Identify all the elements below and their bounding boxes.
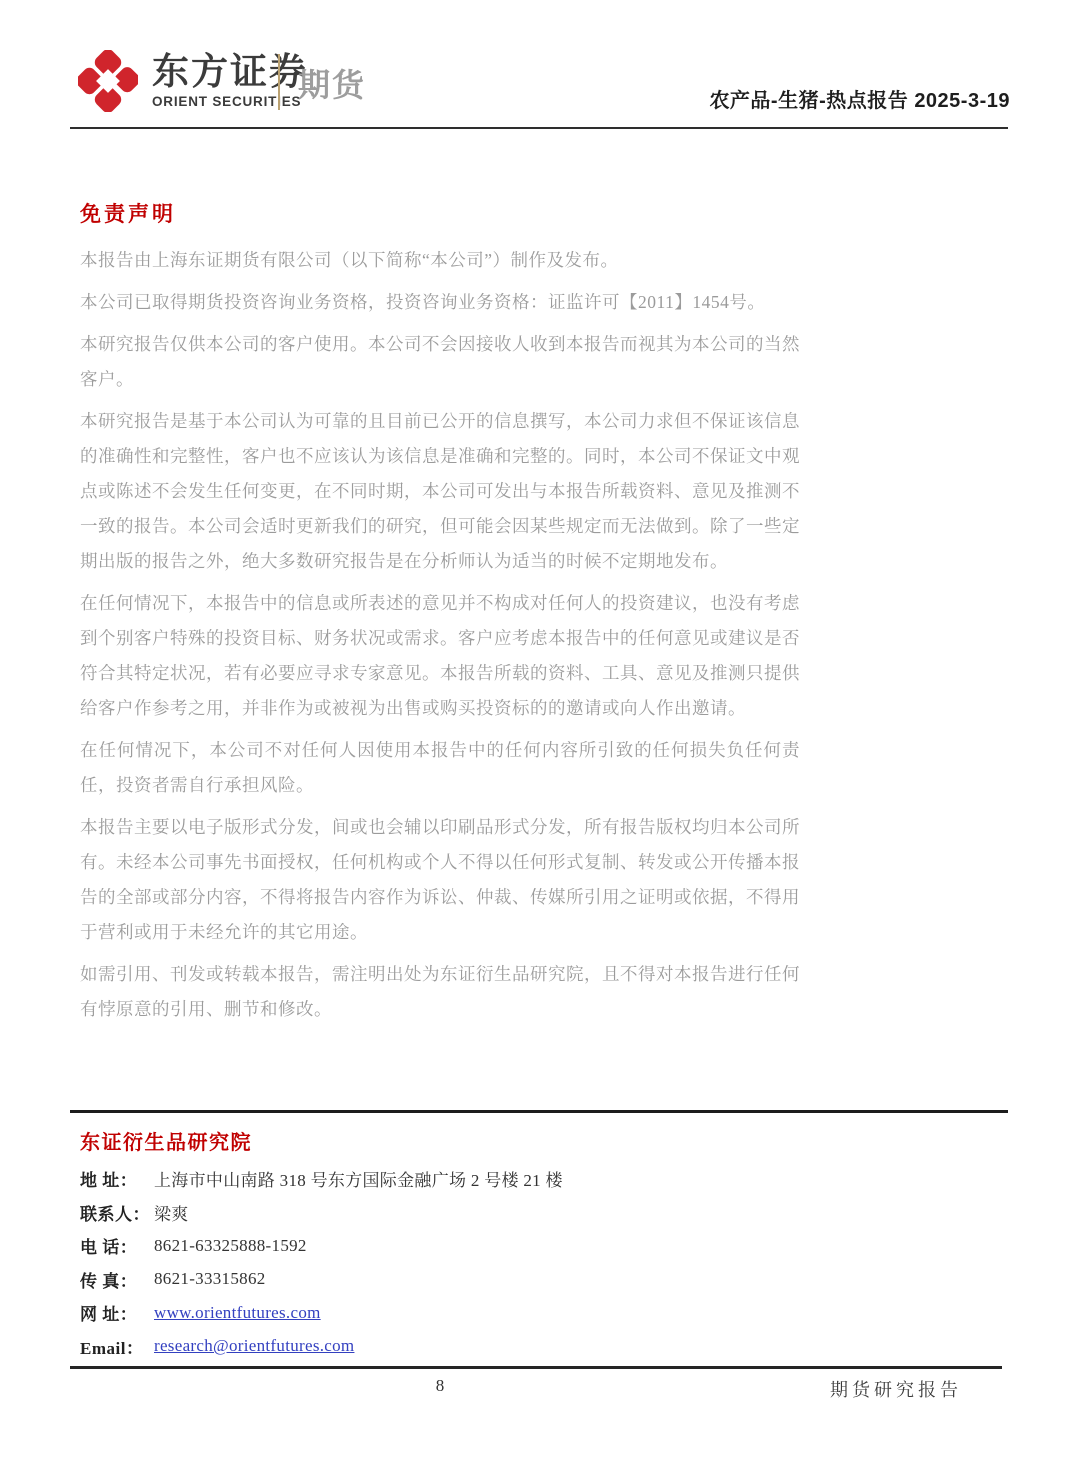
header-rule <box>70 127 1008 129</box>
contact-label: 网 址： <box>80 1300 154 1325</box>
brand-name-en: ORIENT SECURITIES <box>152 94 308 109</box>
contact-row: 传 真：8621-33315862 <box>80 1263 800 1297</box>
contact-label: 传 真： <box>80 1267 154 1292</box>
contact-label: 地 址： <box>80 1166 154 1191</box>
contact-rows: 地 址：上海市中山南路 318 号东方国际金融广场 2 号楼 21 楼联系人：梁… <box>80 1162 800 1363</box>
institute-rule <box>70 1110 1008 1113</box>
report-title-date: 农产品-生猪-热点报告 2025-3-19 <box>709 84 1010 113</box>
brand-block: 东方证券 ORIENT SECURITIES <box>78 50 308 112</box>
disclaimer-paragraph: 本报告主要以电子版形式分发，间或也会辅以印刷品形式分发，所有报告版权均归本公司所… <box>80 810 800 950</box>
contact-link[interactable]: research@orientfutures.com <box>154 1336 354 1356</box>
contact-row: 地 址：上海市中山南路 318 号东方国际金融广场 2 号楼 21 楼 <box>80 1162 800 1196</box>
contact-row: 电 话：8621-63325888-1592 <box>80 1229 800 1263</box>
contact-row: 网 址：www.orientfutures.com <box>80 1296 800 1330</box>
disclaimer-paragraph: 在任何情况下，本报告中的信息或所表述的意见并不构成对任何人的投资建议，也没有考虑… <box>80 586 800 726</box>
disclaimer-paragraph: 本公司已取得期货投资咨询业务资格，投资咨询业务资格：证监许可【2011】1454… <box>80 285 800 320</box>
contact-label: Email： <box>80 1334 154 1359</box>
brand-text: 东方证券 ORIENT SECURITIES <box>152 53 308 109</box>
page-header: 东方证券 ORIENT SECURITIES 期货 农产品-生猪-热点报告 20… <box>70 48 1010 118</box>
contact-label: 电 话： <box>80 1233 154 1258</box>
disclaimer-paragraphs: 本报告由上海东证期货有限公司（以下简称“本公司”）制作及发布。本公司已取得期货投… <box>80 243 800 1034</box>
contact-value: 8621-33315862 <box>154 1269 266 1289</box>
division-label: 期货 <box>298 60 366 106</box>
disclaimer-paragraph: 如需引用、刊发或转载本报告，需注明出处为东证衍生品研究院，且不得对本报告进行任何… <box>80 957 800 1027</box>
footer-rule <box>70 1366 1002 1369</box>
contact-value: 梁爽 <box>154 1200 189 1225</box>
report-page: 东方证券 ORIENT SECURITIES 期货 农产品-生猪-热点报告 20… <box>0 0 1080 1466</box>
disclaimer-paragraph: 在任何情况下，本公司不对任何人因使用本报告中的任何内容所引致的任何损失负任何责任… <box>80 733 800 803</box>
disclaimer-title: 免责声明 <box>80 198 176 228</box>
disclaimer-paragraph: 本报告由上海东证期货有限公司（以下简称“本公司”）制作及发布。 <box>80 243 800 278</box>
contact-label: 联系人： <box>80 1200 154 1225</box>
contact-link[interactable]: www.orientfutures.com <box>154 1303 321 1323</box>
contact-row: Email：research@orientfutures.com <box>80 1330 800 1364</box>
contact-value: 8621-63325888-1592 <box>154 1236 307 1256</box>
brand-name-cn: 东方证券 <box>152 53 308 92</box>
disclaimer-paragraph: 本研究报告仅供本公司的客户使用。本公司不会因接收人收到本报告而视其为本公司的当然… <box>80 327 800 397</box>
contact-row: 联系人：梁爽 <box>80 1196 800 1230</box>
brand-divider <box>278 54 280 110</box>
disclaimer-paragraph: 本研究报告是基于本公司认为可靠的且目前已公开的信息撰写，本公司力求但不保证该信息… <box>80 404 800 579</box>
contact-value: 上海市中山南路 318 号东方国际金融广场 2 号楼 21 楼 <box>154 1166 563 1191</box>
footer-report-type: 期货研究报告 <box>830 1376 962 1402</box>
page-number: 8 <box>80 1376 800 1396</box>
institute-title: 东证衍生品研究院 <box>80 1126 252 1155</box>
orient-securities-logo-icon <box>78 50 138 112</box>
